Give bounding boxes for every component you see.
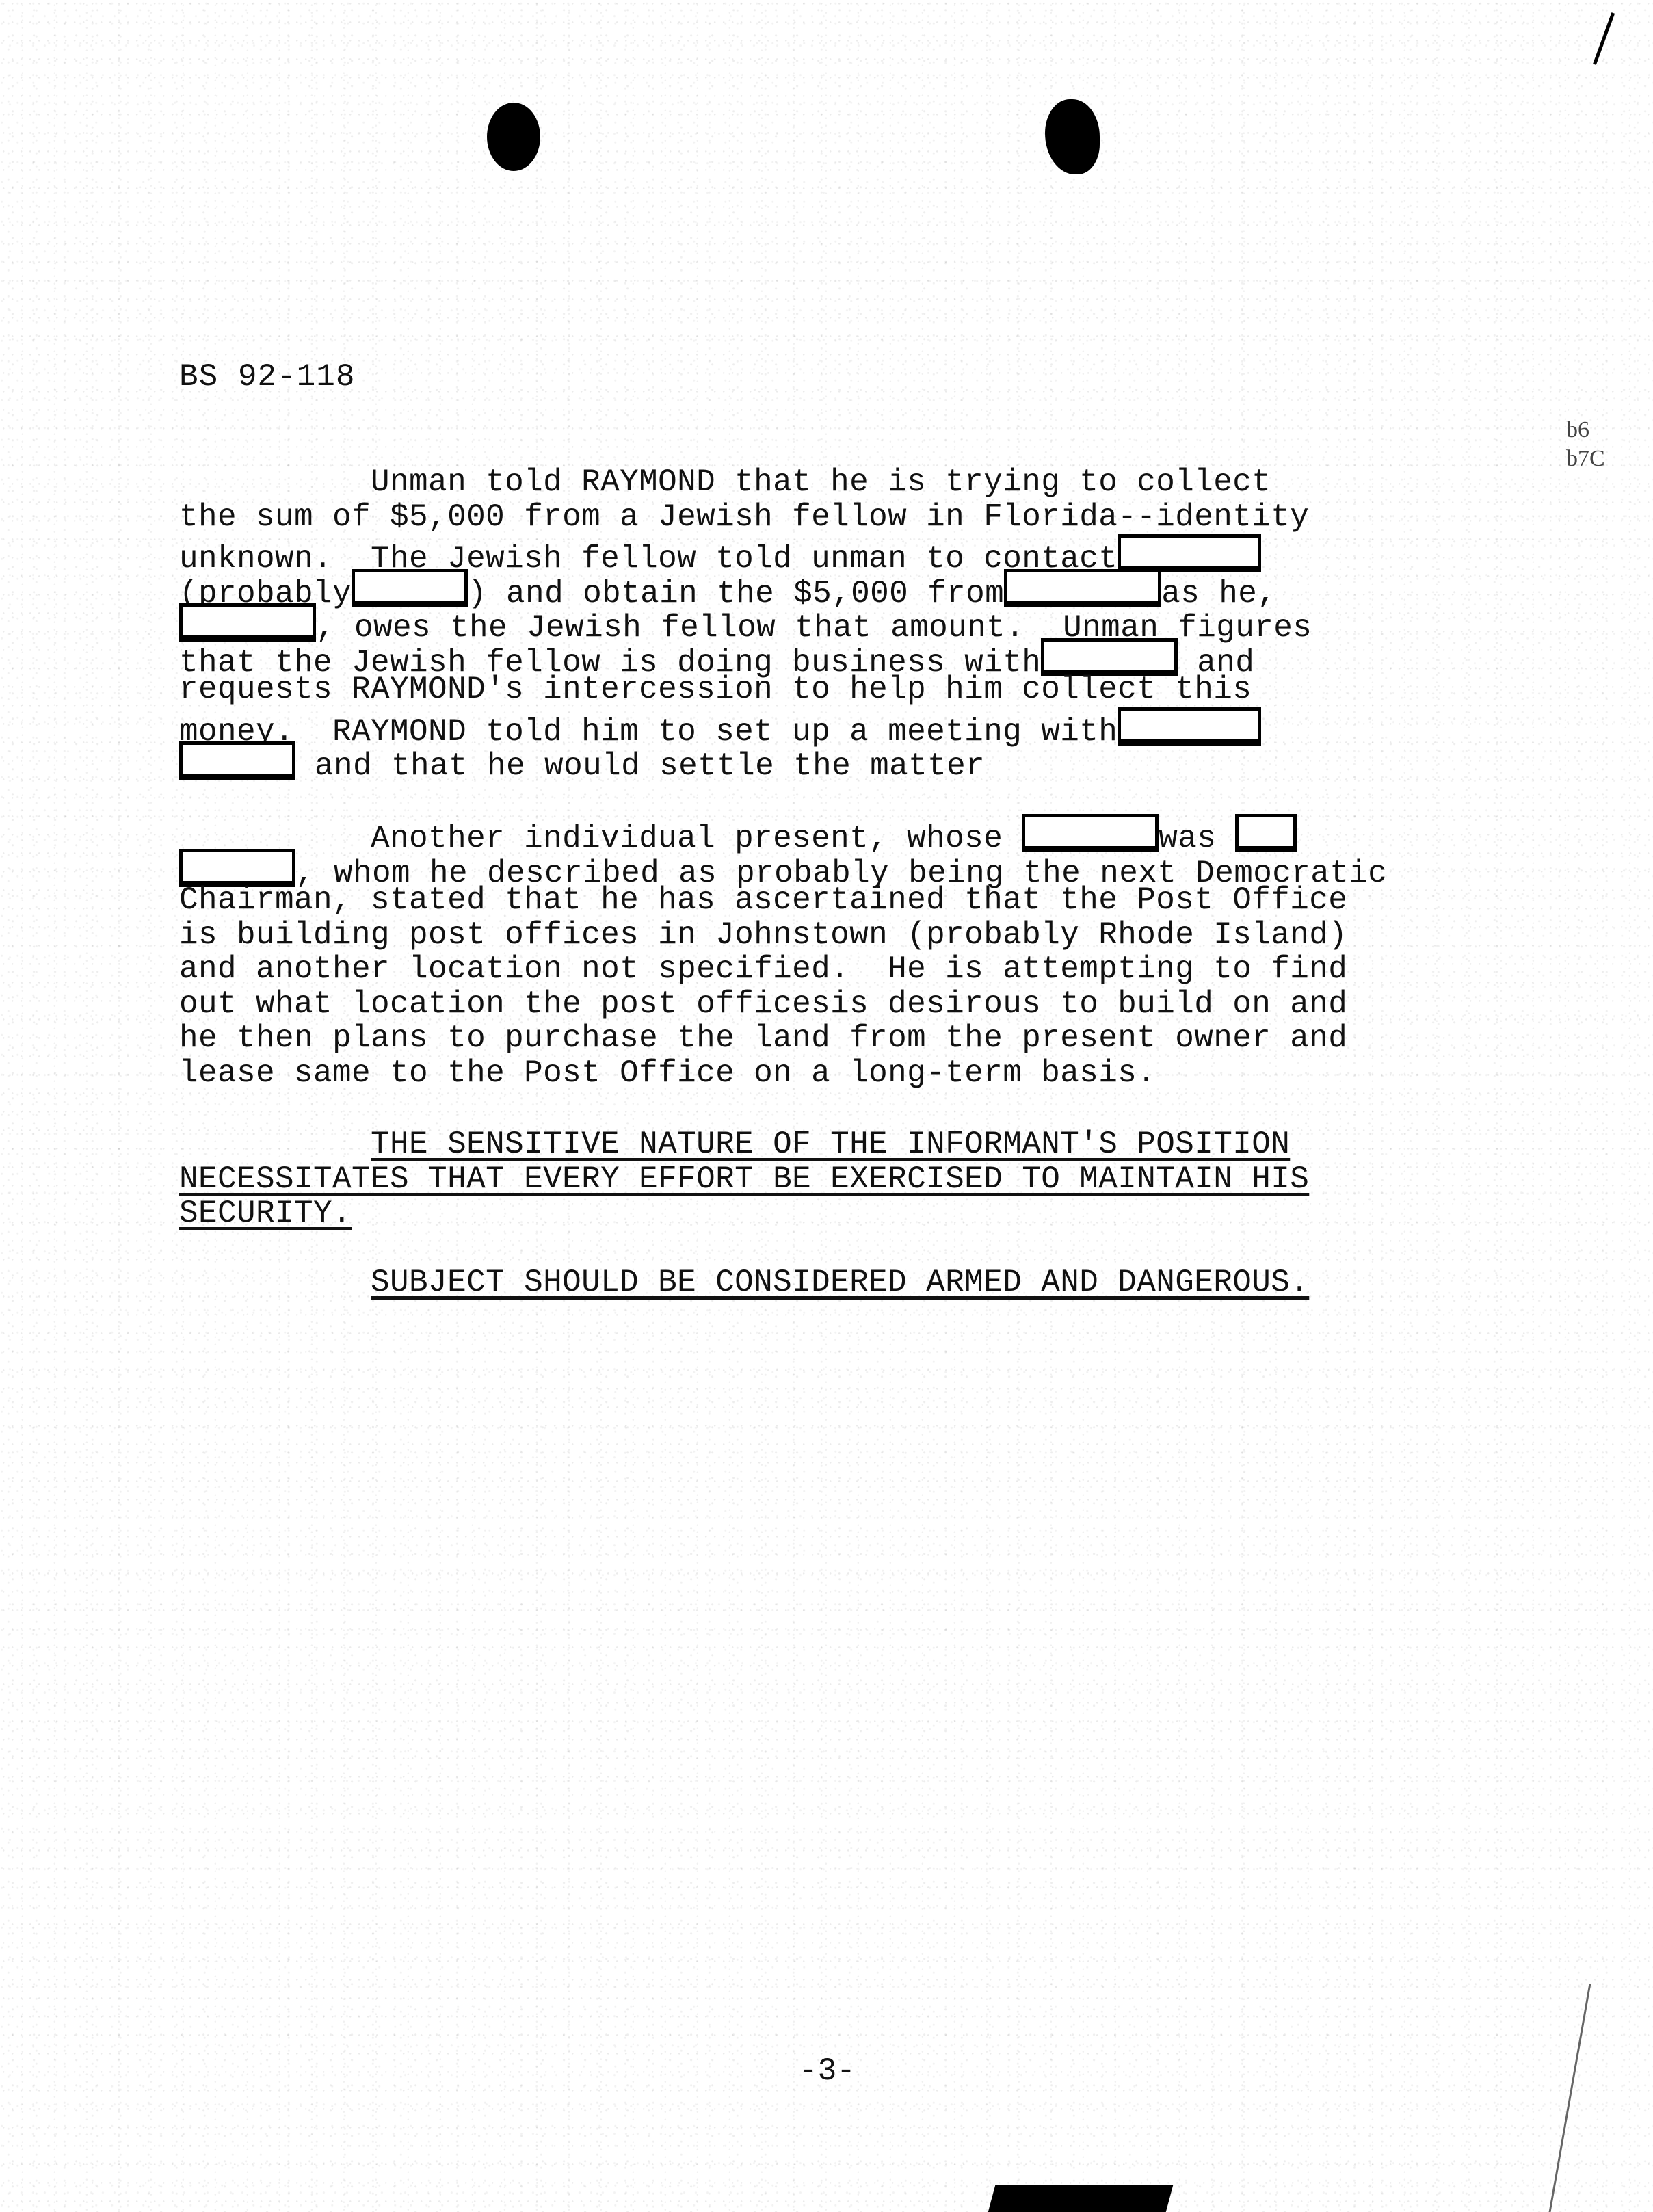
redaction-box bbox=[1022, 814, 1159, 852]
file-number: BS 92-118 bbox=[179, 359, 355, 395]
text-run: Unman told RAYMOND that he is trying to … bbox=[179, 464, 1271, 500]
redaction-box bbox=[352, 569, 468, 607]
redaction-box bbox=[1118, 707, 1261, 746]
text-line: Chairman, stated that he has ascertained… bbox=[179, 883, 1451, 918]
page-fold-edge bbox=[1549, 1984, 1653, 2212]
text-run: lease same to the Post Office on a long-… bbox=[179, 1055, 1156, 1091]
text-line: the sum of $5,000 from a Jewish fellow i… bbox=[179, 500, 1451, 535]
text-run: Chairman, stated that he has ascertained… bbox=[179, 882, 1347, 918]
punch-hole-right bbox=[1045, 99, 1100, 174]
paragraph-unman-raymond: Unman told RAYMOND that he is trying to … bbox=[179, 465, 1451, 776]
text-line: that the Jewish fellow is doing business… bbox=[179, 638, 1451, 673]
text-line: is building post offices in Johnstown (p… bbox=[179, 918, 1451, 953]
text-run: THE SENSITIVE NATURE OF THE INFORMANT'S … bbox=[371, 1127, 1290, 1162]
exemption-code: b6 bbox=[1566, 416, 1605, 445]
text-run: and that he would settle the matter bbox=[295, 748, 985, 784]
scan-artifact-bottom bbox=[988, 2185, 1173, 2212]
text-line: , whom he described as probably being th… bbox=[179, 849, 1451, 884]
text-line: requests RAYMOND's intercession to help … bbox=[179, 672, 1451, 707]
text-run: out what location the post officesis des… bbox=[179, 986, 1347, 1022]
redaction-box bbox=[179, 741, 295, 780]
punch-hole-left bbox=[487, 103, 540, 171]
text-line: NECESSITATES THAT EVERY EFFORT BE EXERCI… bbox=[179, 1162, 1451, 1197]
text-line: and that he would settle the matter bbox=[179, 741, 1451, 776]
text-run: requests RAYMOND's intercession to help … bbox=[179, 672, 1252, 707]
text-line: Unman told RAYMOND that he is trying to … bbox=[179, 465, 1451, 500]
text-line: out what location the post officesis des… bbox=[179, 987, 1451, 1022]
redaction-box bbox=[179, 849, 295, 887]
redaction-box bbox=[1118, 534, 1261, 572]
text-line: THE SENSITIVE NATURE OF THE INFORMANT'S … bbox=[179, 1127, 1451, 1162]
text-run: and another location not specified. He i… bbox=[179, 951, 1347, 987]
text-line: Another individual present, whose was bbox=[179, 814, 1451, 849]
text-line: SUBJECT SHOULD BE CONSIDERED ARMED AND D… bbox=[179, 1265, 1451, 1300]
text-line: (probably) and obtain the $5,000 fromas … bbox=[179, 569, 1451, 604]
exemption-code: b7C bbox=[1566, 445, 1605, 473]
scan-noise bbox=[0, 0, 1653, 2212]
scanned-document-page: BS 92-118 b6 b7C Unman told RAYMOND that… bbox=[0, 0, 1653, 2212]
text-run: SUBJECT SHOULD BE CONSIDERED ARMED AND D… bbox=[371, 1265, 1309, 1300]
text-run: the sum of $5,000 from a Jewish fellow i… bbox=[179, 499, 1309, 535]
text-line: money. RAYMOND told him to set up a meet… bbox=[179, 707, 1451, 742]
text-line: he then plans to purchase the land from … bbox=[179, 1021, 1451, 1056]
informant-security-warning: THE SENSITIVE NATURE OF THE INFORMANT'S … bbox=[179, 1127, 1451, 1231]
text-line: unknown. The Jewish fellow told unman to… bbox=[179, 534, 1451, 569]
corner-mark bbox=[1593, 12, 1628, 70]
armed-and-dangerous-warning: SUBJECT SHOULD BE CONSIDERED ARMED AND D… bbox=[179, 1265, 1451, 1300]
text-run: SECURITY. bbox=[179, 1196, 352, 1231]
text-line: , owes the Jewish fellow that amount. Un… bbox=[179, 603, 1451, 638]
foia-exemption-codes: b6 b7C bbox=[1566, 416, 1605, 473]
text-line: and another location not specified. He i… bbox=[179, 952, 1451, 987]
redaction-box bbox=[1004, 569, 1161, 607]
text-line: SECURITY. bbox=[179, 1196, 1451, 1231]
redaction-box bbox=[1235, 814, 1297, 852]
redaction-box bbox=[1041, 638, 1178, 676]
text-run: he then plans to purchase the land from … bbox=[179, 1021, 1347, 1056]
text-run: is building post offices in Johnstown (p… bbox=[179, 917, 1347, 953]
redaction-box bbox=[179, 603, 316, 642]
paragraph-another-individual: Another individual present, whose was , … bbox=[179, 814, 1451, 1090]
text-run: NECESSITATES THAT EVERY EFFORT BE EXERCI… bbox=[179, 1161, 1309, 1197]
page-number: -3- bbox=[799, 2053, 856, 2089]
text-line: lease same to the Post Office on a long-… bbox=[179, 1056, 1451, 1091]
